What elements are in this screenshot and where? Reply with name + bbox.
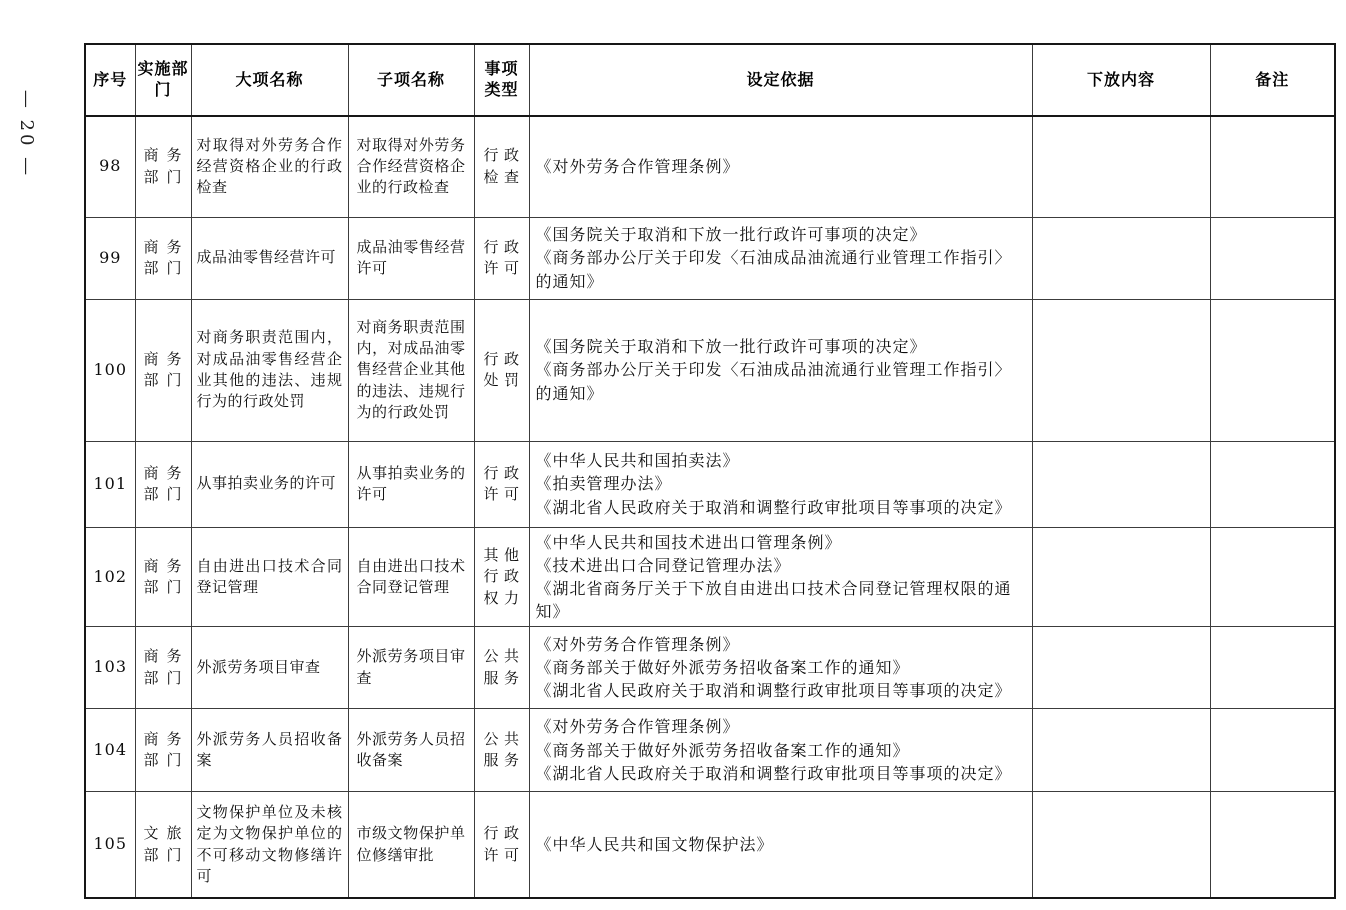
major-name-cell: 从事拍卖业务的许可	[191, 441, 348, 527]
basis-item: 《商务部关于做好外派劳务招收备案工作的通知》	[536, 656, 1026, 679]
basis-item: 《湖北省人民政府关于取消和调整行政审批项目等事项的决定》	[536, 496, 1026, 519]
basis-cell: 《中华人民共和国拍卖法》《拍卖管理办法》《湖北省人民政府关于取消和调整行政审批项…	[529, 441, 1032, 527]
remark-cell	[1210, 116, 1335, 217]
sub-name-cell: 从事拍卖业务的许可	[348, 441, 474, 527]
delegated-cell	[1032, 792, 1210, 898]
table-header: 序号实施部门大项名称子项名称事项类型设定依据下放内容备注	[85, 44, 1335, 116]
seq-cell: 105	[85, 792, 135, 898]
basis-item: 《中华人民共和国文物保护法》	[536, 833, 1026, 856]
table-row: 98商务部门对取得对外劳务合作经营资格企业的行政检查对取得对外劳务合作经营资格企…	[85, 116, 1335, 217]
seq-cell: 103	[85, 627, 135, 709]
delegated-items-table: 序号实施部门大项名称子项名称事项类型设定依据下放内容备注 98商务部门对取得对外…	[84, 43, 1336, 899]
table-row: 105文旅部门文物保护单位及未核定为文物保护单位的不可移动文物修缮许可市级文物保…	[85, 792, 1335, 898]
delegated-cell	[1032, 299, 1210, 441]
basis-item: 《国务院关于取消和下放一批行政许可事项的决定》	[536, 335, 1026, 358]
table-row: 103商务部门外派劳务项目审查外派劳务项目审查公共服务《对外劳务合作管理条例》《…	[85, 627, 1335, 709]
seq-cell: 98	[85, 116, 135, 217]
sub-name-cell: 外派劳务项目审查	[348, 627, 474, 709]
basis-item: 《商务部办公厅关于印发〈石油成品油流通行业管理工作指引〉的通知》	[536, 246, 1026, 292]
type-cell: 行政处罚	[474, 299, 529, 441]
major-name-cell: 文物保护单位及未核定为文物保护单位的不可移动文物修缮许可	[191, 792, 348, 898]
type-cell: 其他行政权力	[474, 527, 529, 627]
basis-cell: 《国务院关于取消和下放一批行政许可事项的决定》《商务部办公厅关于印发〈石油成品油…	[529, 299, 1032, 441]
major-name-cell: 成品油零售经营许可	[191, 217, 348, 299]
remark-cell	[1210, 792, 1335, 898]
basis-cell: 《国务院关于取消和下放一批行政许可事项的决定》《商务部办公厅关于印发〈石油成品油…	[529, 217, 1032, 299]
major-name-cell: 对取得对外劳务合作经营资格企业的行政检查	[191, 116, 348, 217]
type-cell: 行政许可	[474, 217, 529, 299]
remark-cell	[1210, 527, 1335, 627]
type-cell: 行政许可	[474, 792, 529, 898]
page-number: — 20 —	[11, 78, 37, 190]
column-header-seq: 序号	[85, 44, 135, 116]
remark-cell	[1210, 299, 1335, 441]
table-row: 101商务部门从事拍卖业务的许可从事拍卖业务的许可行政许可《中华人民共和国拍卖法…	[85, 441, 1335, 527]
dept-cell: 商务部门	[135, 217, 191, 299]
basis-item: 《商务部关于做好外派劳务招收备案工作的通知》	[536, 739, 1026, 762]
remark-cell	[1210, 441, 1335, 527]
basis-item: 《对外劳务合作管理条例》	[536, 633, 1026, 656]
seq-cell: 99	[85, 217, 135, 299]
delegated-cell	[1032, 217, 1210, 299]
table-header-row: 序号实施部门大项名称子项名称事项类型设定依据下放内容备注	[85, 44, 1335, 116]
dept-cell: 商务部门	[135, 709, 191, 792]
basis-item: 《湖北省人民政府关于取消和调整行政审批项目等事项的决定》	[536, 679, 1026, 702]
column-header-major: 大项名称	[191, 44, 348, 116]
dept-cell: 商务部门	[135, 627, 191, 709]
column-header-type: 事项类型	[474, 44, 529, 116]
sub-name-cell: 对取得对外劳务合作经营资格企业的行政检查	[348, 116, 474, 217]
dept-cell: 商务部门	[135, 116, 191, 217]
table-body: 98商务部门对取得对外劳务合作经营资格企业的行政检查对取得对外劳务合作经营资格企…	[85, 116, 1335, 898]
table-row: 104商务部门外派劳务人员招收备案外派劳务人员招收备案公共服务《对外劳务合作管理…	[85, 709, 1335, 792]
table-row: 99商务部门成品油零售经营许可成品油零售经营许可行政许可《国务院关于取消和下放一…	[85, 217, 1335, 299]
sub-name-cell: 自由进出口技术合同登记管理	[348, 527, 474, 627]
dept-cell: 商务部门	[135, 527, 191, 627]
basis-cell: 《中华人民共和国文物保护法》	[529, 792, 1032, 898]
major-name-cell: 对商务职责范围内，对成品油零售经营企业其他的违法、违规行为的行政处罚	[191, 299, 348, 441]
sub-name-cell: 外派劳务人员招收备案	[348, 709, 474, 792]
major-name-cell: 外派劳务项目审查	[191, 627, 348, 709]
column-header-remark: 备注	[1210, 44, 1335, 116]
table-row: 100商务部门对商务职责范围内，对成品油零售经营企业其他的违法、违规行为的行政处…	[85, 299, 1335, 441]
delegated-cell	[1032, 709, 1210, 792]
column-header-delegated: 下放内容	[1032, 44, 1210, 116]
major-name-cell: 外派劳务人员招收备案	[191, 709, 348, 792]
type-cell: 行政检查	[474, 116, 529, 217]
delegated-cell	[1032, 627, 1210, 709]
remark-cell	[1210, 709, 1335, 792]
type-cell: 行政许可	[474, 441, 529, 527]
basis-item: 《湖北省商务厅关于下放自由进出口技术合同登记管理权限的通知》	[536, 577, 1026, 623]
delegated-cell	[1032, 116, 1210, 217]
basis-item: 《中华人民共和国技术进出口管理条例》	[536, 531, 1026, 554]
sub-name-cell: 对商务职责范围内，对成品油零售经营企业其他的违法、违规行为的行政处罚	[348, 299, 474, 441]
basis-item: 《对外劳务合作管理条例》	[536, 155, 1026, 178]
seq-cell: 100	[85, 299, 135, 441]
basis-item: 《拍卖管理办法》	[536, 472, 1026, 495]
basis-cell: 《对外劳务合作管理条例》	[529, 116, 1032, 217]
major-name-cell: 自由进出口技术合同登记管理	[191, 527, 348, 627]
dept-cell: 文旅部门	[135, 792, 191, 898]
column-header-dept: 实施部门	[135, 44, 191, 116]
basis-item: 《国务院关于取消和下放一批行政许可事项的决定》	[536, 223, 1026, 246]
dept-cell: 商务部门	[135, 299, 191, 441]
remark-cell	[1210, 217, 1335, 299]
delegated-cell	[1032, 441, 1210, 527]
document-page: — 20 — 序号实施部门大项名称子项名称事项类型设定依据下放内容备注 98商务…	[0, 0, 1346, 910]
dept-cell: 商务部门	[135, 441, 191, 527]
column-header-basis: 设定依据	[529, 44, 1032, 116]
type-cell: 公共服务	[474, 709, 529, 792]
basis-cell: 《对外劳务合作管理条例》《商务部关于做好外派劳务招收备案工作的通知》《湖北省人民…	[529, 709, 1032, 792]
column-header-sub: 子项名称	[348, 44, 474, 116]
basis-item: 《对外劳务合作管理条例》	[536, 715, 1026, 738]
basis-cell: 《对外劳务合作管理条例》《商务部关于做好外派劳务招收备案工作的通知》《湖北省人民…	[529, 627, 1032, 709]
basis-item: 《湖北省人民政府关于取消和调整行政审批项目等事项的决定》	[536, 762, 1026, 785]
basis-cell: 《中华人民共和国技术进出口管理条例》《技术进出口合同登记管理办法》《湖北省商务厅…	[529, 527, 1032, 627]
seq-cell: 104	[85, 709, 135, 792]
sub-name-cell: 市级文物保护单位修缮审批	[348, 792, 474, 898]
seq-cell: 102	[85, 527, 135, 627]
sub-name-cell: 成品油零售经营许可	[348, 217, 474, 299]
delegated-cell	[1032, 527, 1210, 627]
table-row: 102商务部门自由进出口技术合同登记管理自由进出口技术合同登记管理其他行政权力《…	[85, 527, 1335, 627]
type-cell: 公共服务	[474, 627, 529, 709]
basis-item: 《中华人民共和国拍卖法》	[536, 449, 1026, 472]
basis-item: 《技术进出口合同登记管理办法》	[536, 554, 1026, 577]
seq-cell: 101	[85, 441, 135, 527]
basis-item: 《商务部办公厅关于印发〈石油成品油流通行业管理工作指引〉的通知》	[536, 358, 1026, 404]
remark-cell	[1210, 627, 1335, 709]
